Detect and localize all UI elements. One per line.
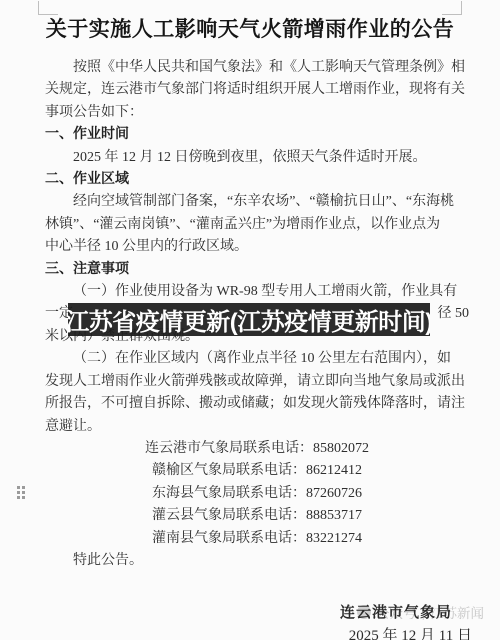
doc-line: 按照《中华人民共和国气象法》和《人工影响天气管理条例》相 [45,57,469,79]
doc-line: 赣榆区气象局联系电话：86212412 [45,460,469,482]
doc-line: 二、作业区域 [45,169,469,191]
doc-line: 2025 年 12 月 12 日傍晚到夜里，依照天气条件适时开展。 [45,147,469,169]
doc-line: （一）作业使用设备为 WR-98 型专用人工增雨火箭，作业具有 [45,281,469,303]
doc-line: （二）在作业区域内（离作业点半径 10 公里左右范围内），如 [45,348,469,370]
overlay-headline-banner: 江苏省疫情更新(江苏疫情更新时间) [68,303,430,336]
doc-line: 连云港市气象局联系电话：85802072 [45,438,469,460]
doc-line: 特此公告。 [45,550,469,572]
doc-line: 事项公告如下： [45,102,469,124]
doc-line: 灌云县气象局联系电话：88853717 [45,505,469,527]
scanned-notice-page: 关于实施人工影响天气火箭增雨作业的公告 按照《中华人民共和国气象法》和《人工影响… [0,0,500,640]
dots-mark [17,486,27,501]
issue-date: 2025 年 12 月 11 日 [340,624,472,640]
doc-line: 林镇”、“灌云南岗镇”、“灌南孟兴庄”为增雨作业点，以作业点为 [45,214,469,236]
obscured-line-right-fragment: 径 50 [438,303,470,325]
doc-line: 关规定，连云港市气象部门将适时组织开展人工增雨作业，现将有关 [45,79,469,101]
doc-line: 三、注意事项 [45,259,469,281]
doc-line: 一、作业时间 [45,124,469,146]
doc-line: 经向空域管制部门备案，“东辛农场”、“赣榆抗日山”、“东海桃 [45,191,469,213]
doc-line: 东海县气象局联系电话：87260726 [45,483,469,505]
signature-block: 连云港市气象局 2025 年 12 月 11 日 [340,601,472,640]
doc-line: 灌南县气象局联系电话：83221274 [45,528,469,550]
doc-line: 意避让。 [45,416,469,438]
doc-line: 所报告，不可擅自拆除、搬动或储藏；如发现火箭残体降落时，请注 [45,393,469,415]
issuer-signature: 连云港市气象局 [340,601,472,622]
doc-line: 中心半径 10 公里内的行政区域。 [45,236,469,258]
doc-line: 发现人工增雨作业火箭弹残骸或故障弹，请立即向当地气象局或派出 [45,371,469,393]
notice-title: 关于实施人工影响天气火箭增雨作业的公告 [0,13,500,43]
